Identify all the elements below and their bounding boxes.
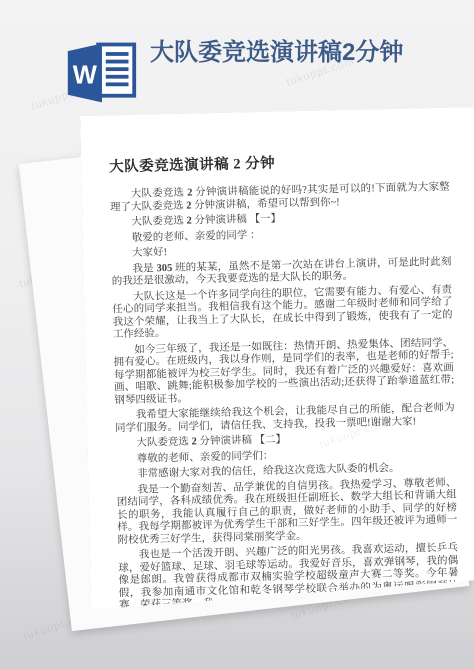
doc-paragraph: 我是一个勤奋刻苦、品学兼优的自信男孩。我热爱学习、尊敬老师、团结同学，各科成绩优… xyxy=(116,477,457,547)
doc-footer-link[interactable]: https://tukuppt.com xyxy=(120,623,192,635)
doc-paragraph: 我希望大家能继续给我这个机会，让我能尽自己的所能，配合老师为同学们服务。同学们，… xyxy=(115,403,455,436)
svg-text:W: W xyxy=(73,61,98,89)
doc-paragraph: 大队委竞选 2 分钟演讲稿能说的好吗?其实是可以的!下面就为大家整理了大队委竞选… xyxy=(110,182,450,215)
page-main: 大队委竞选演讲稿 2 分钟 大队委竞选 2 分钟演讲稿能说的好吗?其实是可以的!… xyxy=(80,107,474,610)
header: W 大队委竞选演讲稿2分钟 xyxy=(0,0,474,118)
word-icon: W xyxy=(64,40,138,104)
doc-paragraph: 大队长这是一个许多同学向往的职位，它需要有能力、有爱心、有责任心的同学来担当。我… xyxy=(112,284,453,342)
preview-screen: tukuppt.com tukuppt.com tukuppt.com tuku… xyxy=(0,0,474,669)
doc-body: 大队委竞选 2 分钟演讲稿能说的好吗?其实是可以的!下面就为大家整理了大队委竞选… xyxy=(110,182,460,613)
doc-paragraph: 我是 305 班的某某，虽然不是第一次站在讲台上演讲，可是此时此刻的我还是很激动… xyxy=(111,256,451,289)
doc-paragraph: 如今三年级了，我还是一如既往：热情开朗、热爱集体、团结同学、拥有爱心。在班级内，… xyxy=(113,337,454,407)
doc-title: 大队委竞选演讲稿 2 分钟 xyxy=(109,148,449,177)
page-title: 大队委竞选演讲稿2分钟 xyxy=(150,36,422,70)
